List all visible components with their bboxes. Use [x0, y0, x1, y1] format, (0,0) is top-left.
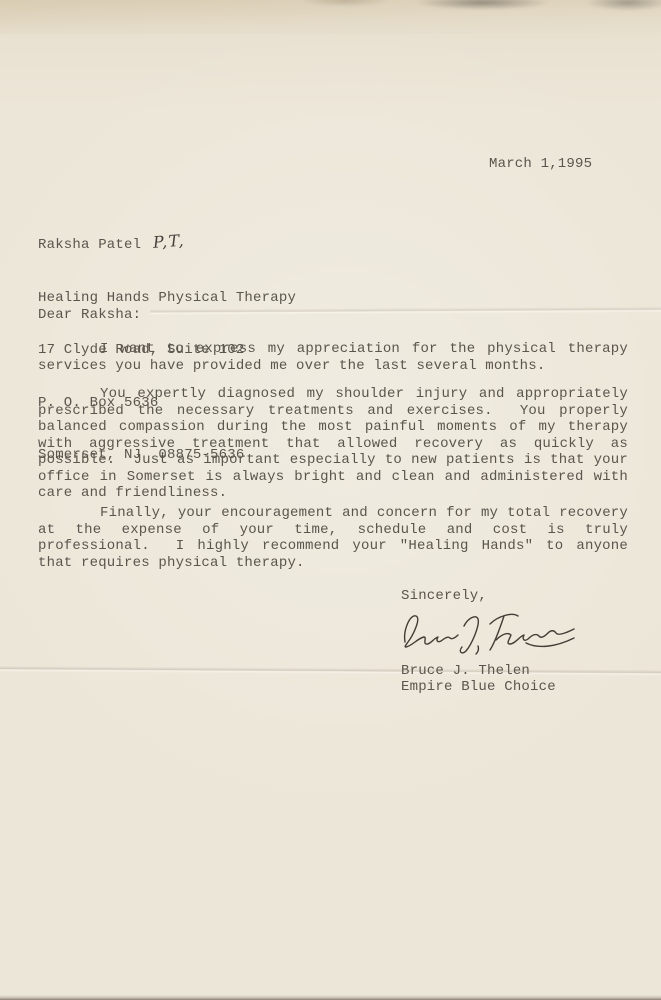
fold-crease-lower — [0, 666, 661, 676]
body-paragraph-2: You expertly diagnosed my shoulder injur… — [38, 386, 628, 502]
body-paragraph-1: I want to express my appreciation for th… — [38, 341, 628, 374]
paper-bottom-edge — [0, 995, 661, 1000]
body-paragraph-3: Finally, your encouragement and concern … — [38, 505, 628, 571]
signature-handwriting — [398, 606, 583, 662]
paper-top-shadow-1 — [415, 0, 550, 10]
salutation: Dear Raksha: — [38, 307, 141, 324]
signature-name-typed: Bruce J. Thelen — [401, 663, 530, 680]
scanned-letter: March 1,1995 Raksha Patel P,T, Healing H… — [0, 0, 661, 1000]
handwritten-credentials: P,T, — [152, 232, 185, 252]
paper-top-shadow-3 — [300, 0, 390, 7]
address-line-company: Healing Hands Physical Therapy — [38, 290, 296, 308]
recipient-name: Raksha Patel — [38, 237, 141, 253]
paper-top-shadow-2 — [586, 0, 661, 11]
signature-organization: Empire Blue Choice — [401, 679, 556, 696]
recipient-name-line: Raksha Patel P,T, — [38, 234, 296, 255]
letter-date: March 1,1995 — [489, 156, 592, 174]
closing: Sincerely, — [401, 588, 487, 605]
